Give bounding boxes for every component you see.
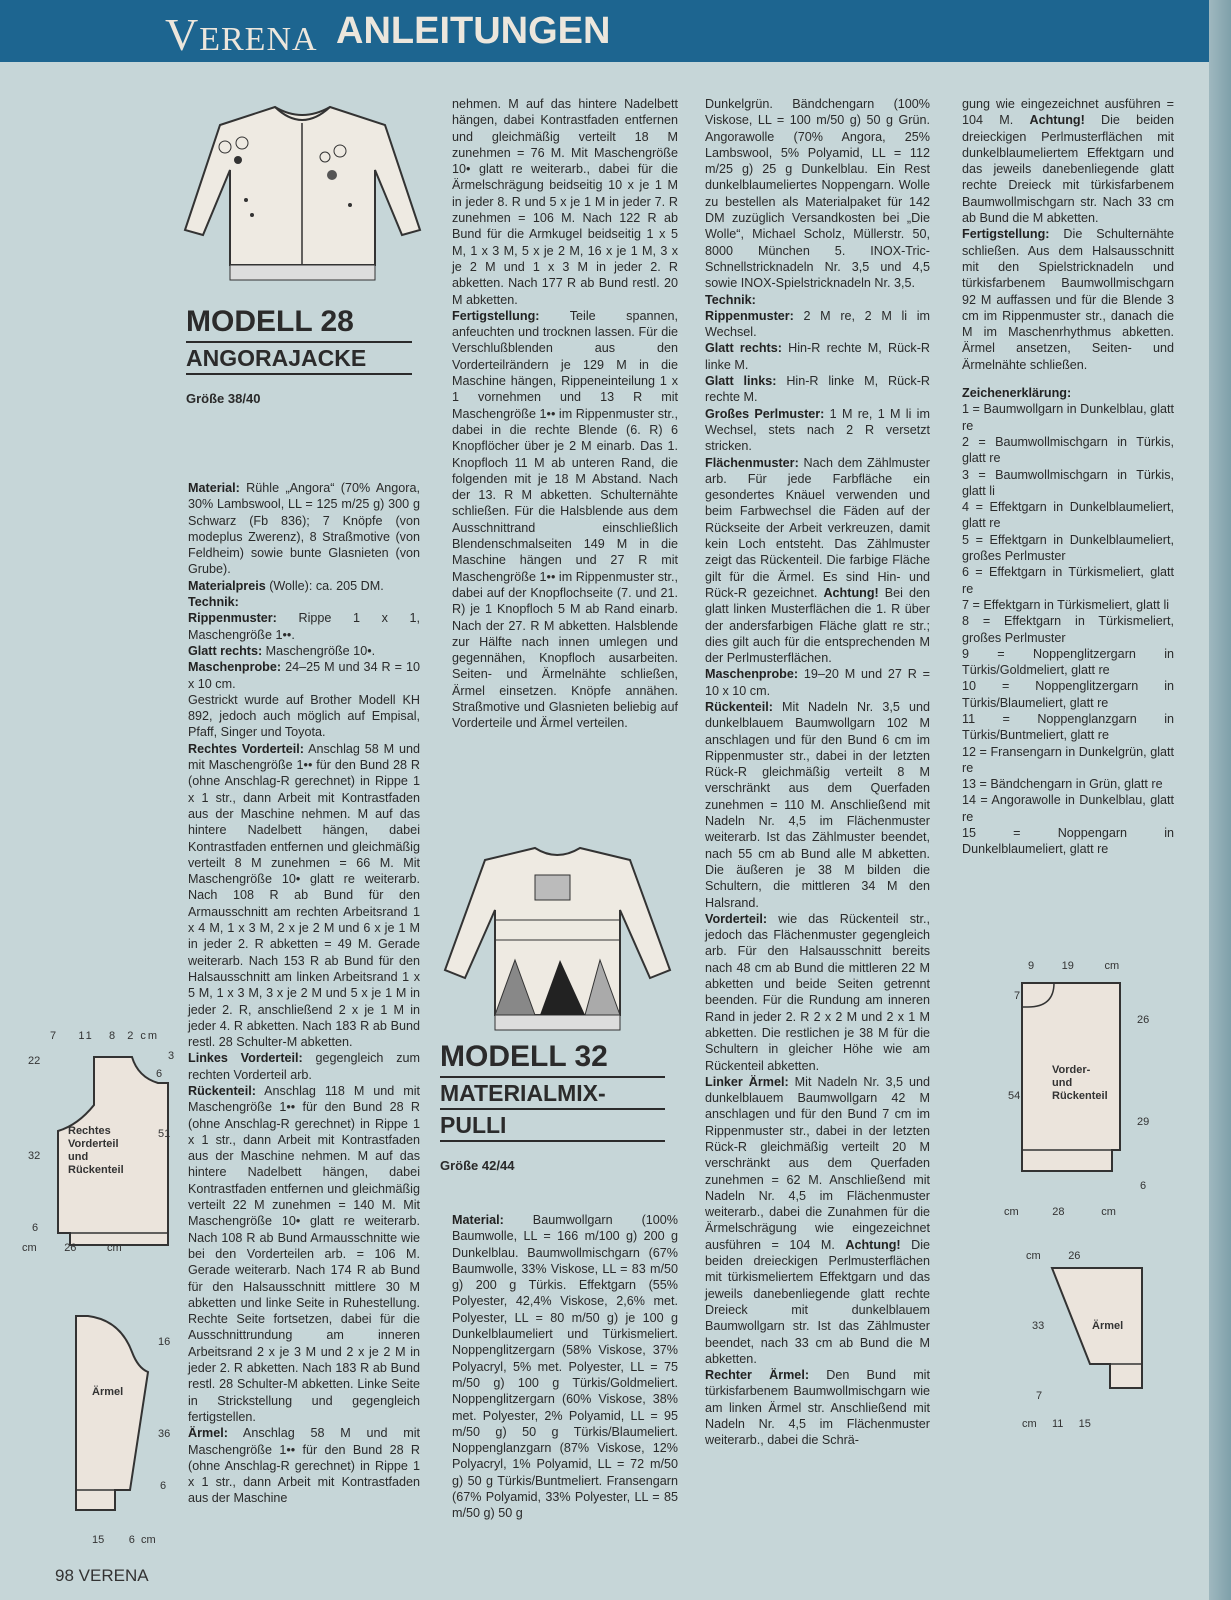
instruction-paragraph: Linker Ärmel: Mit Nadeln Nr. 3,5 und dun… — [705, 1074, 930, 1367]
dim: cm — [1026, 1250, 1041, 1262]
size-label: Größe 42/44 — [440, 1158, 665, 1173]
dim: 9 — [1028, 960, 1034, 972]
modell-32-material: Material: Baumwollgarn (100% Baumwolle, … — [452, 1212, 678, 1522]
dim-right: 29 — [1137, 1116, 1149, 1128]
instruction-paragraph: Maschenprobe: 24–25 M und 34 R = 10 x 10… — [188, 659, 420, 692]
dim-right: 3 — [168, 1050, 174, 1062]
modell-number: MODELL 32 — [440, 1040, 665, 1078]
dim: 8 — [109, 1030, 117, 1042]
instruction-paragraph: Flächenmuster: Nach dem Zählmuster arb. … — [705, 455, 930, 667]
instruction-paragraph: Fertigstellung: Teile spannen, anfeuchte… — [452, 308, 678, 732]
schematic-label: RechtesVorderteilundRückenteil — [68, 1125, 124, 1177]
instruction-paragraph: Gestrickt wurde auf Brother Modell KH 89… — [188, 692, 420, 741]
instruction-paragraph: Linkes Vorderteil: gegengleich zum recht… — [188, 1050, 420, 1083]
modell-32-title: MODELL 32 MATERIALMIX- PULLI Größe 42/44 — [440, 1040, 665, 1173]
cardigan-sketch-icon — [180, 95, 425, 290]
schematic-sleeve-modell28 — [60, 1300, 160, 1530]
dim: 26 — [1068, 1250, 1080, 1262]
page-footer: 98 VERENA — [55, 1566, 149, 1586]
schematic-label-line: Rechtes — [68, 1125, 124, 1138]
dim: 19 — [1062, 960, 1074, 972]
dim: 6 — [129, 1534, 135, 1546]
dim-right: 6 — [156, 1068, 162, 1080]
dim: 26 — [64, 1242, 76, 1254]
legend-item: 8 = Effektgarn in Türkismeliert, großes … — [962, 613, 1174, 646]
legend-item: 7 = Effektgarn in Türkismeliert, glatt l… — [962, 597, 1174, 613]
legend-item: 15 = Noppengarn in Dunkelblaumeliert, gl… — [962, 825, 1174, 858]
modell-32-instructions: Dunkelgrün. Bändchengarn (100% Viskose, … — [705, 96, 930, 1449]
dim: cm — [1104, 960, 1119, 972]
instruction-paragraph: Maschenprobe: 19–20 M und 27 R = 10 x 10… — [705, 666, 930, 699]
dim: 28 — [1052, 1206, 1064, 1218]
schematic-label-line: Rückenteil — [1052, 1090, 1108, 1103]
instruction-paragraph: gung wie eingezeichnet ausführen = 104 M… — [962, 96, 1174, 226]
dim-left: 32 — [28, 1150, 40, 1162]
instruction-paragraph: Technik: — [705, 292, 930, 308]
legend-title: Zeichenerklärung: — [962, 386, 1071, 400]
page-number: 98 — [55, 1566, 74, 1585]
instruction-paragraph: Glatt links: Hin-R linke M, Rück-R recht… — [705, 373, 930, 406]
schematic-label: Ärmel — [1092, 1320, 1123, 1333]
instruction-paragraph: Fertigstellung: Die Schulternähte schlie… — [962, 226, 1174, 373]
instruction-paragraph: Rippenmuster: 2 M re, 2 M li im Wechsel. — [705, 308, 930, 341]
dim-left: 7 — [1036, 1390, 1042, 1402]
instruction-paragraph: Vorderteil: wie das Rückenteil str., jed… — [705, 911, 930, 1074]
instruction-paragraph: Technik: — [188, 594, 420, 610]
legend-item: 1 = Baumwollgarn in Dunkelblau, glatt re — [962, 401, 1174, 434]
modell-28-instructions: Material: Rühle „Angora“ (70% Angora, 30… — [188, 480, 420, 1507]
dim: 15 — [1079, 1418, 1091, 1430]
instruction-paragraph: Rückenteil: Anschlag 118 M und mit Masch… — [188, 1083, 420, 1425]
modell-name-line2: PULLI — [440, 1110, 665, 1142]
dim: cm — [1101, 1206, 1116, 1218]
legend-item: 5 = Effektgarn in Dunkelblaumeliert, gro… — [962, 532, 1174, 565]
symbol-legend: 1 = Baumwollgarn in Dunkelblau, glatt re… — [962, 401, 1174, 857]
schematic-label: Ärmel — [92, 1386, 123, 1399]
modell-28-instructions-continued: nehmen. M auf das hintere Nadelbett häng… — [452, 96, 678, 732]
legend-item: 14 = Angorawolle in Dunkelblau, glatt re — [962, 792, 1174, 825]
sweater-sketch-icon — [440, 840, 675, 1035]
instruction-paragraph: Rechter Ärmel: Den Bund mit türkisfarben… — [705, 1367, 930, 1448]
dim-right: 26 — [1137, 1014, 1149, 1026]
dimension-bottom: 15 6 cm — [92, 1534, 156, 1546]
legend-item: 2 = Baumwollmischgarn in Türkis, glatt r… — [962, 434, 1174, 467]
size-label: Größe 38/40 — [186, 391, 412, 406]
instruction-paragraph: Ärmel: Anschlag 58 M und mit Maschengröß… — [188, 1425, 420, 1506]
schematic-label: Vorder-undRückenteil — [1052, 1064, 1108, 1103]
instruction-paragraph: Glatt rechts: Maschengröße 10•. — [188, 643, 420, 659]
dim-left: 22 — [28, 1055, 40, 1067]
dimension-top: 9 19 cm — [1028, 960, 1119, 972]
brand-initial: V — [165, 9, 199, 60]
instruction-paragraph: Rippenmuster: Rippe 1 x 1, Maschengröße … — [188, 610, 420, 643]
schematic-label-line: Vorderteil — [68, 1138, 124, 1151]
dimension-bottom: cm 26 cm — [22, 1242, 122, 1254]
legend-item: 10 = Noppenglitzergarn in Türkis/Blaumel… — [962, 678, 1174, 711]
modell-28-title: MODELL 28 ANGORAJACKE Größe 38/40 — [186, 305, 412, 406]
dim: cm — [22, 1242, 37, 1254]
dim: 7 — [50, 1030, 58, 1042]
legend-item: 13 = Bändchengarn in Grün, glatt re — [962, 776, 1174, 792]
instruction-paragraph: Dunkelgrün. Bändchengarn (100% Viskose, … — [705, 96, 930, 292]
dimension-top: cm 26 — [1026, 1250, 1080, 1262]
schematic-label-line: Vorder- — [1052, 1064, 1108, 1077]
dimension-bottom: cm 28 cm — [1004, 1206, 1116, 1218]
dim: cm — [140, 1030, 159, 1042]
dim-left: 6 — [32, 1222, 38, 1234]
dimension-top: 7 11 8 2 cm — [50, 1030, 159, 1042]
modell-32-instructions-continued: gung wie eingezeichnet ausführen = 104 M… — [962, 96, 1174, 858]
dim: cm — [107, 1242, 122, 1254]
schematic-label-line: und — [68, 1151, 124, 1164]
modell-name-line1: MATERIALMIX- — [440, 1078, 665, 1110]
instruction-paragraph: nehmen. M auf das hintere Nadelbett häng… — [452, 96, 678, 308]
dim: 15 — [92, 1534, 104, 1546]
dim-right: 6 — [1140, 1180, 1146, 1192]
legend-item: 4 = Effektgarn in Dunkelblaumeliert, gla… — [962, 499, 1174, 532]
page-edge — [1209, 0, 1231, 1600]
dim: 11 — [78, 1030, 93, 1042]
modell-name: ANGORAJACKE — [186, 343, 412, 375]
dim-left: 54 — [1008, 1090, 1020, 1102]
brand-rest: ERENA — [199, 21, 317, 58]
footer-brand: VERENA — [79, 1566, 149, 1585]
legend-item: 6 = Effektgarn in Türkismeliert, glatt r… — [962, 564, 1174, 597]
schematic-label-line: und — [1052, 1077, 1108, 1090]
legend-item: 3 = Baumwollmischgarn in Türkis, glatt l… — [962, 467, 1174, 500]
section-title: ANLEITUNGEN — [336, 10, 610, 53]
legend-item: 11 = Noppenglanzgarn in Türkis/Buntmelie… — [962, 711, 1174, 744]
instruction-paragraph: Material: Baumwollgarn (100% Baumwolle, … — [452, 1212, 678, 1522]
dimension-bottom: cm 11 15 — [1022, 1418, 1091, 1430]
instruction-paragraph: Glatt rechts: Hin-R rechte M, Rück-R lin… — [705, 340, 930, 373]
instruction-paragraph: Rückenteil: Mit Nadeln Nr. 3,5 und dunke… — [705, 699, 930, 911]
dim-right: 6 — [160, 1480, 166, 1492]
instruction-paragraph: Rechtes Vorderteil: Anschlag 58 M und mi… — [188, 741, 420, 1051]
dim-right: 16 — [158, 1336, 170, 1348]
legend-item: 12 = Fransengarn in Dunkelgrün, glatt re — [962, 744, 1174, 777]
dim: cm — [141, 1534, 156, 1546]
dim-right: 51 — [158, 1128, 170, 1140]
instruction-paragraph: Großes Perlmuster: 1 M re, 1 M li im Wec… — [705, 406, 930, 455]
instruction-paragraph: Materialpreis (Wolle): ca. 205 DM. — [188, 578, 420, 594]
dim: 11 — [1052, 1418, 1063, 1430]
dim-left: 33 — [1032, 1320, 1044, 1332]
brand-logo: VERENA — [165, 8, 318, 61]
legend-item: 9 = Noppenglitzergarn in Türkis/Goldmeli… — [962, 646, 1174, 679]
modell-number: MODELL 28 — [186, 305, 412, 343]
dim-right: 36 — [158, 1428, 170, 1440]
schematic-label-line: Rückenteil — [68, 1164, 124, 1177]
dim: 2 — [127, 1030, 135, 1042]
dim: cm — [1022, 1418, 1037, 1430]
instruction-paragraph: Material: Rühle „Angora“ (70% Angora, 30… — [188, 480, 420, 578]
dim: cm — [1004, 1206, 1019, 1218]
magazine-header: VERENA ANLEITUNGEN — [0, 0, 1231, 62]
dim-left: 7 — [1014, 990, 1020, 1002]
